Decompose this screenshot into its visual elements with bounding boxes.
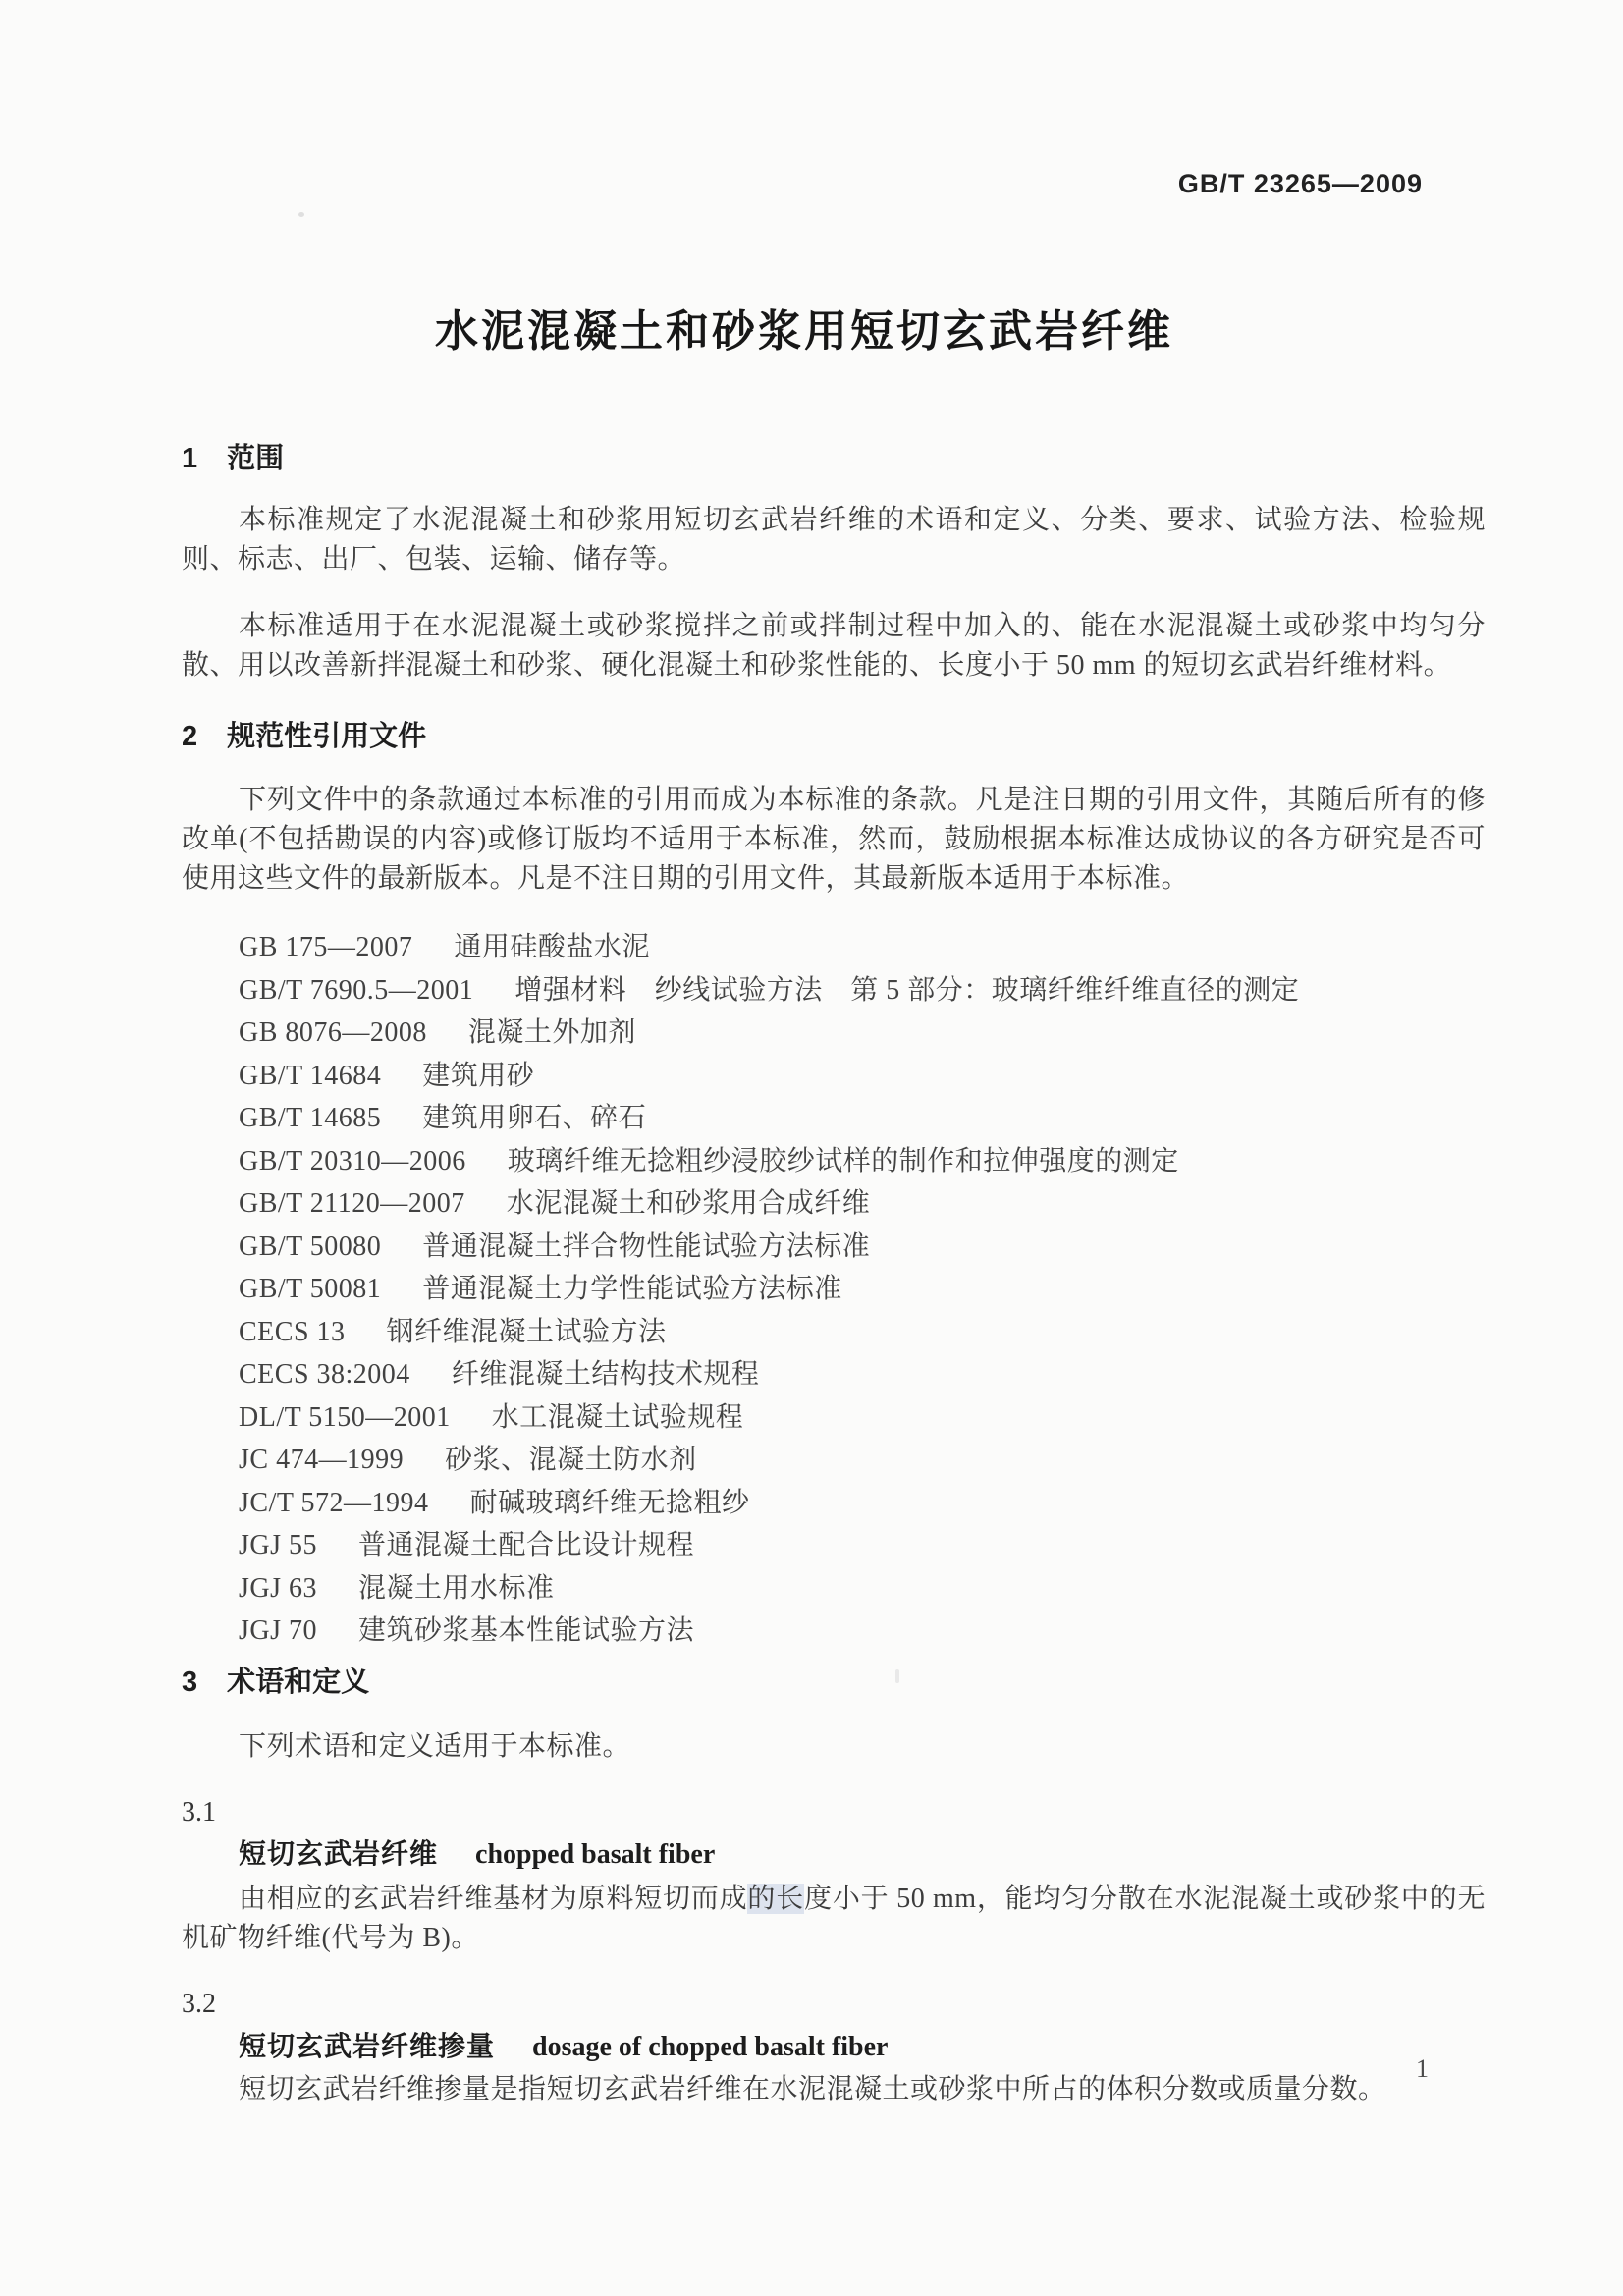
reference-code: JGJ 63 [239,1573,317,1604]
page-number: 1 [1416,2054,1429,2084]
term-3-1-definition: 由相应的玄武岩纤维基材为原料短切而成的长度小于 50 mm，能均匀分散在水泥混凝… [182,1880,1486,1958]
reference-title: 建筑砂浆基本性能试验方法 [358,1615,694,1646]
reference-item: JGJ 55普通混凝土配合比设计规程 [182,1524,1486,1567]
reference-title: 耐碱玻璃纤维无捻粗纱 [469,1488,749,1518]
reference-item: GB/T 50081普通混凝土力学性能试验方法标准 [182,1268,1486,1311]
reference-code: JGJ 70 [239,1615,317,1646]
section-1-title: 范围 [227,443,284,474]
section-1-paragraph-1: 本标准规定了水泥混凝土和砂浆用短切玄武岩纤维的术语和定义、分类、要求、试验方法、… [182,501,1486,579]
document-page: GB/T 23265—2009 水泥混凝土和砂浆用短切玄武岩纤维 1范围 本标准… [0,0,1623,2296]
reference-title: 纤维混凝土结构技术规程 [452,1359,760,1390]
section-3-heading: 3术语和定义 [182,1664,1486,1701]
reference-code: GB/T 21120—2007 [239,1188,465,1219]
reference-code: JC/T 572—1994 [239,1488,428,1518]
section-3-number: 3 [182,1667,197,1698]
term-3-2-name-zh: 短切玄武岩纤维掺量 [239,2031,495,2061]
section-1-number: 1 [182,443,197,474]
reference-item: JGJ 70建筑砂浆基本性能试验方法 [182,1610,1486,1653]
reference-code: JGJ 55 [239,1530,317,1560]
reference-title: 普通混凝土拌合物性能试验方法标准 [422,1231,870,1262]
term-3-2-definition: 短切玄武岩纤维掺量是指短切玄武岩纤维在水泥混凝土或砂浆中所占的体积分数或质量分数… [182,2070,1486,2109]
reference-title: 普通混凝土力学性能试验方法标准 [422,1274,842,1304]
reference-item: JGJ 63混凝土用水标准 [182,1567,1486,1611]
reference-title: 混凝土外加剂 [468,1017,636,1048]
reference-title: 增强材料 纱线试验方法 第 5 部分：玻璃纤维纤维直径的测定 [514,975,1299,1006]
term-3-1-definition-pre: 由相应的玄武岩纤维基材为原料短切而成 [239,1884,747,1914]
reference-item: GB/T 21120—2007水泥混凝土和砂浆用合成纤维 [182,1182,1486,1226]
term-3-1-number: 3.1 [182,1794,1486,1831]
reference-title: 钢纤维混凝土试验方法 [387,1317,667,1347]
term-3-1-name-zh: 短切玄武岩纤维 [239,1838,438,1869]
reference-item: GB 175—2007通用硅酸盐水泥 [182,926,1486,969]
document-title: 水泥混凝土和砂浆用短切玄武岩纤维 [182,304,1486,359]
reference-code: GB/T 20310—2006 [239,1146,466,1176]
reference-title: 通用硅酸盐水泥 [454,932,650,962]
reference-item: GB/T 14684建筑用砂 [182,1055,1486,1098]
reference-title: 混凝土用水标准 [358,1573,555,1604]
section-2-number: 2 [182,721,197,752]
reference-item: GB/T 20310—2006玻璃纤维无捻粗纱浸胶纱试样的制作和拉伸强度的测定 [182,1140,1486,1183]
reference-title: 建筑用砂 [422,1061,534,1091]
page-content: GB/T 23265—2009 水泥混凝土和砂浆用短切玄武岩纤维 1范围 本标准… [182,0,1486,2137]
reference-item: GB/T 50080普通混凝土拌合物性能试验方法标准 [182,1226,1486,1269]
reference-code: GB/T 14685 [239,1103,381,1133]
term-3-1-name-en: chopped basalt fiber [475,1839,715,1870]
reference-title: 玻璃纤维无捻粗纱浸胶纱试样的制作和拉伸强度的测定 [508,1146,1179,1176]
term-3-1-definition-highlight: 的长 [747,1884,804,1914]
reference-list: GB 175—2007通用硅酸盐水泥 GB/T 7690.5—2001增强材料 … [182,926,1486,1653]
reference-code: CECS 13 [239,1317,346,1347]
reference-code: GB/T 50080 [239,1231,381,1262]
reference-item: JC/T 572—1994耐碱玻璃纤维无捻粗纱 [182,1482,1486,1525]
section-1-heading: 1范围 [182,440,1486,477]
reference-item: JC 474—1999砂浆、混凝土防水剂 [182,1439,1486,1482]
reference-title: 水工混凝土试验规程 [492,1402,744,1433]
reference-code: GB 175—2007 [239,932,412,962]
section-2-intro: 下列文件中的条款通过本标准的引用而成为本标准的条款。凡是注日期的引用文件，其随后… [182,781,1486,899]
reference-item: GB 8076—2008混凝土外加剂 [182,1011,1486,1055]
standard-number: GB/T 23265—2009 [182,167,1486,200]
reference-title: 普通混凝土配合比设计规程 [358,1530,694,1560]
section-2-title: 规范性引用文件 [227,721,426,752]
reference-item: GB/T 7690.5—2001增强材料 纱线试验方法 第 5 部分：玻璃纤维纤… [182,969,1486,1012]
reference-code: GB/T 50081 [239,1274,381,1304]
reference-code: GB 8076—2008 [239,1017,427,1048]
reference-code: GB/T 14684 [239,1061,381,1091]
reference-title: 水泥混凝土和砂浆用合成纤维 [507,1188,871,1219]
section-2-heading: 2规范性引用文件 [182,718,1486,755]
term-3-2-number: 3.2 [182,1986,1486,2023]
reference-item: GB/T 14685建筑用卵石、碎石 [182,1097,1486,1140]
reference-title: 砂浆、混凝土防水剂 [445,1445,697,1475]
reference-code: GB/T 7690.5—2001 [239,975,473,1006]
term-3-2-name-en: dosage of chopped basalt fiber [532,2032,888,2062]
reference-item: CECS 38:2004纤维混凝土结构技术规程 [182,1353,1486,1396]
reference-code: CECS 38:2004 [239,1359,410,1390]
reference-item: CECS 13钢纤维混凝土试验方法 [182,1311,1486,1354]
reference-code: JC 474—1999 [239,1445,404,1475]
term-3-2-name: 短切玄武岩纤维掺量dosage of chopped basalt fiber [182,2028,1486,2066]
term-3-1-name: 短切玄武岩纤维chopped basalt fiber [182,1835,1486,1874]
section-3-intro: 下列术语和定义适用于本标准。 [182,1727,1486,1767]
reference-code: DL/T 5150—2001 [239,1402,451,1433]
reference-title: 建筑用卵石、碎石 [422,1103,646,1133]
section-3-title: 术语和定义 [227,1667,369,1698]
reference-item: DL/T 5150—2001水工混凝土试验规程 [182,1396,1486,1440]
section-1-paragraph-2: 本标准适用于在水泥混凝土或砂浆搅拌之前或拌制过程中加入的、能在水泥混凝土或砂浆中… [182,607,1486,685]
